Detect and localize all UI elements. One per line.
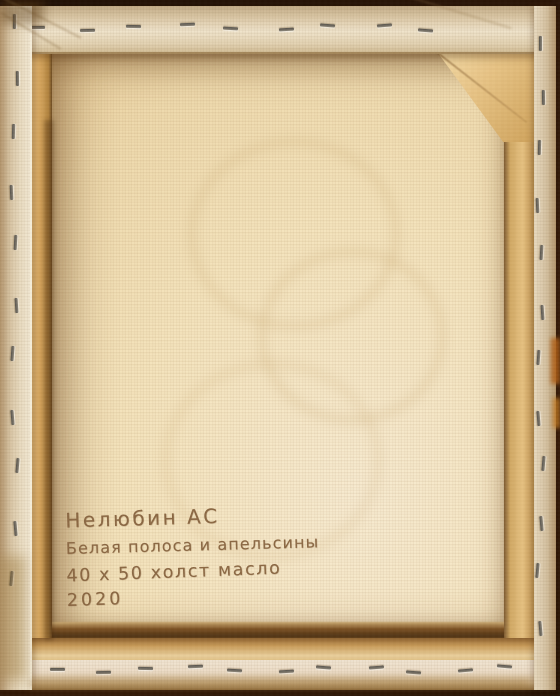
staple <box>80 29 95 32</box>
canvas-fold-bottom <box>2 660 556 690</box>
staple <box>227 669 242 673</box>
staple <box>536 350 540 365</box>
staple <box>316 665 331 669</box>
staple <box>9 571 13 586</box>
inscription-title: Белая полоса и апельсины <box>66 531 366 558</box>
staple <box>536 198 540 213</box>
staple <box>96 671 111 674</box>
inscription: Нелюбин АС Белая полоса и апельсины 40 x… <box>65 501 367 609</box>
staple <box>539 36 542 51</box>
staple <box>138 667 153 670</box>
staple <box>15 298 19 313</box>
staple <box>406 670 421 674</box>
staple <box>14 521 18 536</box>
staple <box>15 458 19 473</box>
staple <box>11 410 15 425</box>
staple <box>540 516 544 531</box>
staple <box>180 23 195 27</box>
staple <box>458 669 473 673</box>
staple <box>12 124 15 139</box>
staple <box>10 346 14 361</box>
staple <box>14 235 18 250</box>
staple <box>369 666 384 670</box>
staple <box>418 28 433 32</box>
staple <box>126 25 141 28</box>
staple <box>538 140 541 155</box>
staple-column-left <box>0 6 30 690</box>
staple <box>188 665 203 669</box>
staple <box>320 23 335 27</box>
staple-row-bottom <box>2 660 556 690</box>
canvas-fold-right <box>534 6 556 690</box>
staple <box>10 185 14 200</box>
canvas-fold-top <box>2 6 556 54</box>
staple <box>50 668 65 671</box>
staple-column-right <box>534 6 556 690</box>
canvas-fold-left <box>0 6 32 690</box>
staple <box>537 411 541 426</box>
staple <box>377 24 392 28</box>
staple <box>540 245 544 260</box>
staple <box>30 26 45 29</box>
staple <box>538 621 542 636</box>
staple <box>223 27 238 31</box>
painting-back-photo: Нелюбин АС Белая полоса и апельсины 40 x… <box>0 0 560 696</box>
staple <box>279 670 294 674</box>
staple <box>497 664 512 668</box>
staple <box>279 28 294 32</box>
left-edge-shadow <box>42 120 56 640</box>
staple-row-top <box>2 6 556 52</box>
staple <box>541 305 545 320</box>
staple <box>541 456 545 471</box>
staple <box>16 71 19 86</box>
staple <box>535 563 539 578</box>
staple <box>542 90 545 105</box>
